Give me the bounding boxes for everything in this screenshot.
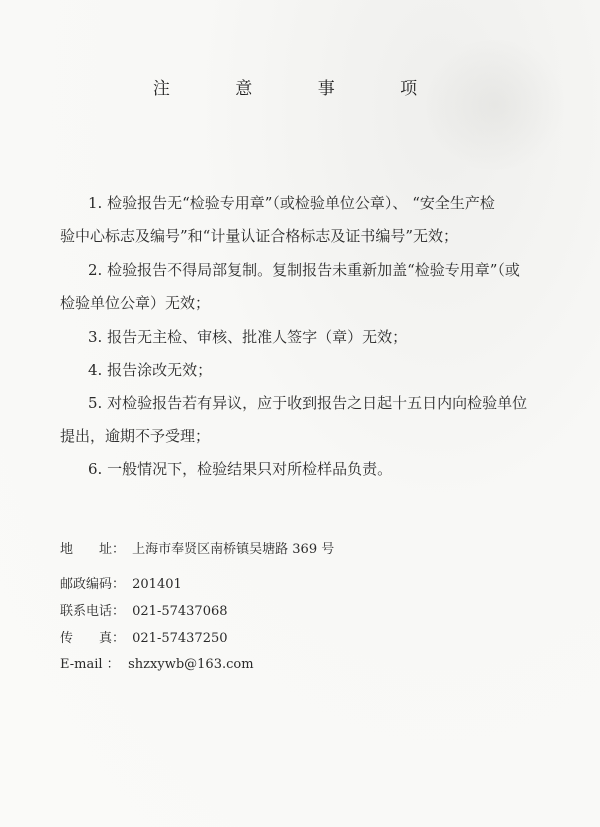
- notice-item-3: 3. 报告无主检、审核、批准人签字（章）无效；: [88, 326, 407, 347]
- notice-text: 检验报告不得局部复制。复制报告未重新加盖“检验专用章”（或: [107, 261, 520, 279]
- contact-address: 地 址： 上海市奉贤区南桥镇吴塘路 369 号: [60, 538, 334, 557]
- notice-item-5-cont: 提出，逾期不予受理；: [60, 425, 210, 446]
- notice-text: 检验报告无“检验专用章”（或检验单位公章）、 “安全生产检: [107, 194, 495, 212]
- notice-text: 一般情况下，检验结果只对所检样品负责。: [107, 460, 392, 478]
- email-link[interactable]: shzxywb@163.com: [128, 657, 253, 672]
- notice-text: 报告无主检、审核、批准人签字（章）无效；: [107, 328, 407, 346]
- contact-fax: 传 真： 021-57437250: [60, 627, 228, 646]
- notice-item-6: 6. 一般情况下，检验结果只对所检样品负责。: [88, 458, 392, 479]
- contact-postcode: 邮政编码： 201401: [60, 573, 182, 592]
- faded-stamp-watermark: [420, 40, 570, 170]
- notice-text: 对检验报告若有异议，应于收到报告之日起十五日内向检验单位: [107, 394, 527, 412]
- notice-item-2: 2. 检验报告不得局部复制。复制报告未重新加盖“检验专用章”（或: [88, 259, 520, 280]
- contact-email: E-mail ： shzxywb@163.com: [60, 653, 254, 672]
- contact-phone: 联系电话： 021-57437068: [60, 600, 228, 619]
- document-page: 注 意 事 项 1. 检验报告无“检验专用章”（或检验单位公章）、 “安全生产检…: [0, 0, 600, 827]
- notice-item-5: 5. 对检验报告若有异议，应于收到报告之日起十五日内向检验单位: [88, 392, 527, 413]
- notice-item-1: 1. 检验报告无“检验专用章”（或检验单位公章）、 “安全生产检: [88, 192, 495, 213]
- notice-item-1-cont: 验中心标志及编号”和“计量认证合格标志及证书编号”无效；: [60, 225, 458, 246]
- notice-text: 报告涂改无效；: [107, 361, 212, 379]
- page-title: 注 意 事 项: [0, 74, 600, 99]
- notice-item-2-cont: 检验单位公章）无效；: [60, 292, 210, 313]
- notice-item-4: 4. 报告涂改无效；: [88, 359, 212, 380]
